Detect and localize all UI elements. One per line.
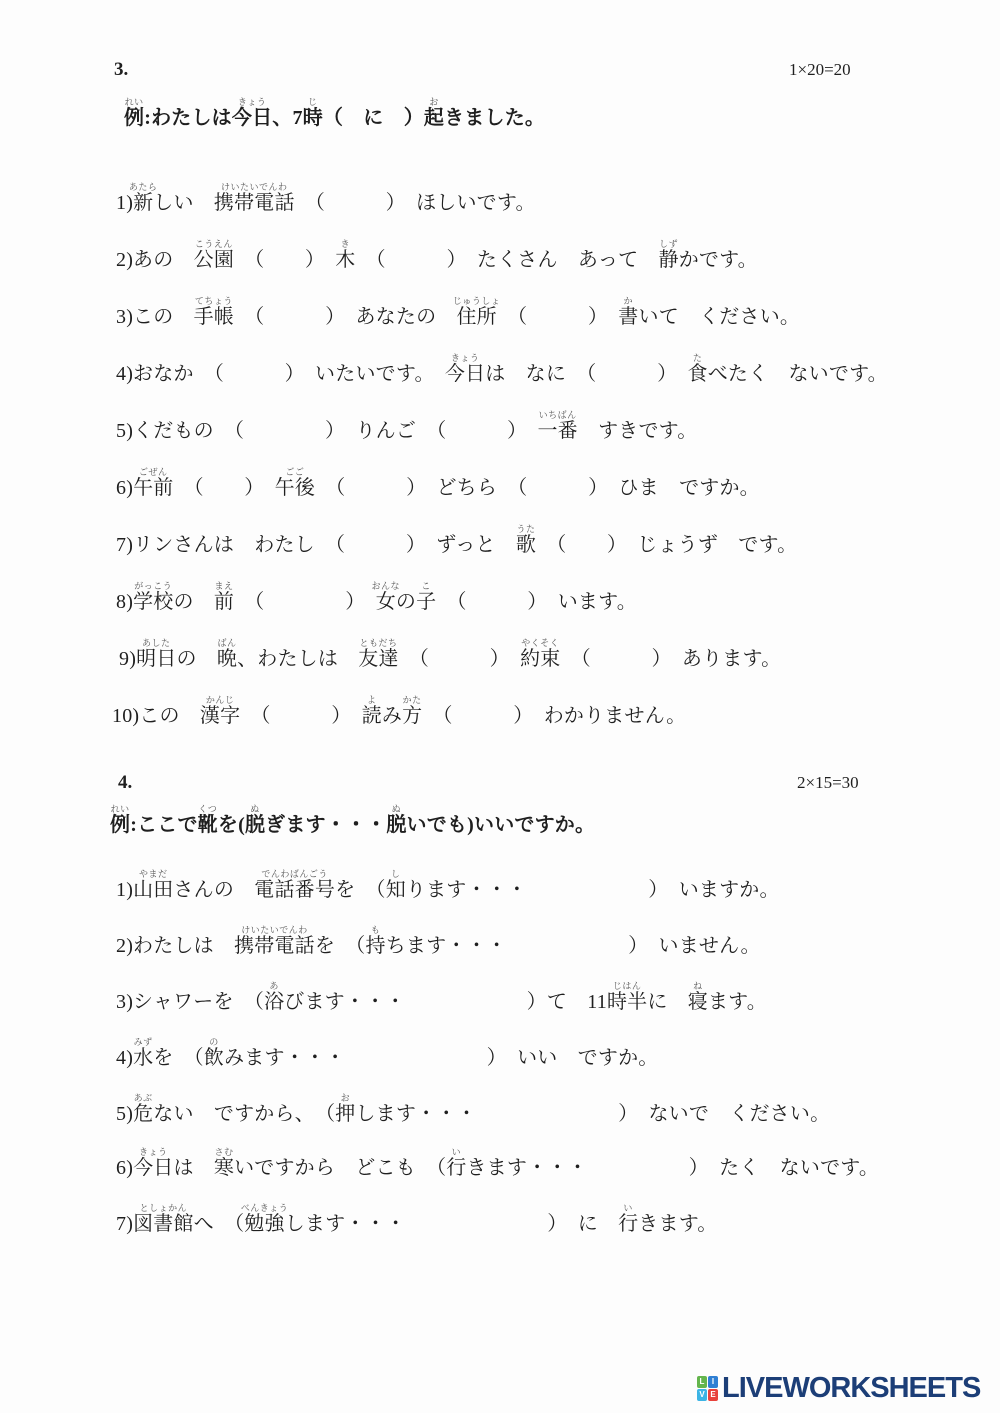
kanji-base: 持 bbox=[365, 935, 385, 957]
text-segment: 10)この bbox=[112, 705, 200, 727]
text-segment: :ここで bbox=[130, 814, 197, 836]
text-segment: 1) bbox=[116, 192, 133, 214]
ruby-word: 例れい bbox=[110, 815, 130, 835]
furigana: ぬ bbox=[250, 805, 260, 814]
text-segment: みます・・・ bbox=[224, 1047, 345, 1069]
kanji-base: 今日 bbox=[445, 363, 485, 385]
kanji-base: 寝 bbox=[688, 991, 708, 1013]
logo-square-v: V bbox=[697, 1389, 707, 1401]
text-segment: いですから どこも （ bbox=[234, 1157, 446, 1179]
kanji-base: 晩 bbox=[217, 648, 237, 670]
furigana: としょかん bbox=[140, 1204, 188, 1213]
kanji-base: 新 bbox=[133, 192, 153, 214]
liveworksheets-logo[interactable]: LIVE LIVEWORKSHEETS bbox=[697, 1374, 980, 1403]
text-segment: を （ bbox=[315, 935, 366, 957]
furigana: こうえん bbox=[195, 240, 233, 249]
text-segment: 4)おなか （ ） いたいです。 bbox=[116, 363, 445, 385]
text-segment: は bbox=[173, 1157, 213, 1179]
furigana: やまだ bbox=[139, 870, 168, 879]
text-segment: （ に ） bbox=[323, 107, 424, 129]
kanji-base: 公園 bbox=[194, 249, 234, 271]
furigana: か bbox=[624, 297, 634, 306]
text-segment: 2)わたしは bbox=[116, 935, 234, 957]
question-line: 4)水みずを （飲のみます・・・ ） いい ですか。 bbox=[116, 1048, 658, 1068]
furigana: い bbox=[623, 1204, 633, 1213]
ruby-word: 勉強べんきょう bbox=[244, 1214, 284, 1234]
text-segment: （ ） bbox=[497, 306, 618, 328]
furigana: い bbox=[452, 1148, 462, 1157]
text-segment: の bbox=[173, 591, 213, 613]
ruby-word: 脱ぬ bbox=[386, 815, 406, 835]
furigana: じゅうしょ bbox=[453, 297, 501, 306]
text-segment: :わたしは bbox=[144, 107, 232, 129]
kanji-base: 時 bbox=[303, 107, 323, 129]
kanji-base: 手帳 bbox=[194, 306, 234, 328]
kanji-base: 電話番号 bbox=[254, 879, 335, 901]
example-line: 例れい:ここで靴くつを(脱ぬぎます・・・脱ぬいでも)いいですか。 bbox=[110, 815, 595, 835]
furigana: けいたいでんわ bbox=[221, 183, 288, 192]
text-segment: 3)この bbox=[116, 306, 194, 328]
ruby-word: 携帯電話けいたいでんわ bbox=[214, 193, 295, 213]
furigana: じはん bbox=[613, 982, 642, 991]
worksheet-page: 3. 1×20=20 例れい:わたしは今日きょう、7時じ（ に ）起おきました。… bbox=[0, 0, 1000, 1413]
text-segment: ます。 bbox=[708, 991, 767, 1013]
text-segment: ） いません。 bbox=[507, 935, 761, 957]
question-line: 1)新あたらしい 携帯電話けいたいでんわ （ ） ほしいです。 bbox=[116, 193, 536, 213]
kanji-base: 勉強 bbox=[244, 1213, 284, 1235]
text-segment: すきです。 bbox=[578, 420, 698, 442]
text-segment: 5) bbox=[116, 1103, 133, 1125]
section-4-score: 2×15=30 bbox=[797, 773, 859, 793]
text-segment: しい bbox=[153, 192, 214, 214]
ruby-word: 書か bbox=[618, 307, 638, 327]
text-segment: 9) bbox=[119, 648, 136, 670]
kanji-base: 午後 bbox=[275, 477, 315, 499]
text-segment: の bbox=[176, 648, 216, 670]
text-segment: かです。 bbox=[679, 249, 758, 271]
text-segment: （ ） います。 bbox=[436, 591, 637, 613]
text-segment: （ ） ほしいです。 bbox=[295, 192, 536, 214]
text-segment: します・・・ bbox=[285, 1213, 406, 1235]
kanji-base: 飲 bbox=[204, 1047, 224, 1069]
furigana: がっこう bbox=[134, 582, 172, 591]
text-segment: ちます・・・ bbox=[386, 935, 507, 957]
text-segment: ） いますか。 bbox=[527, 879, 780, 901]
ruby-word: 今日きょう bbox=[445, 364, 485, 384]
furigana: うた bbox=[516, 525, 535, 534]
furigana: みず bbox=[134, 1038, 153, 1047]
furigana: あぶ bbox=[134, 1094, 153, 1103]
furigana: ね bbox=[693, 982, 703, 991]
text-segment: 4) bbox=[116, 1047, 133, 1069]
ruby-word: 山田やまだ bbox=[133, 880, 173, 900]
logo-square-e: E bbox=[708, 1389, 718, 1401]
question-line: 9)明日あしたの 晩ばん、わたしは 友達ともだち （ ） 約束やくそく （ ） … bbox=[119, 649, 781, 669]
kanji-base: 危 bbox=[133, 1103, 153, 1125]
text-segment: ） ないで ください。 bbox=[477, 1103, 831, 1125]
kanji-base: 例 bbox=[110, 814, 130, 836]
ruby-word: 方かた bbox=[402, 706, 422, 726]
ruby-word: 今日きょう bbox=[232, 108, 272, 128]
text-segment: べたく ないです。 bbox=[708, 363, 888, 385]
ruby-word: 新あたら bbox=[133, 193, 153, 213]
furigana: しず bbox=[659, 240, 678, 249]
text-segment: （ ） bbox=[234, 249, 335, 271]
text-segment: ） に bbox=[406, 1213, 618, 1235]
ruby-word: 寝ね bbox=[688, 992, 708, 1012]
kanji-base: 図書館 bbox=[133, 1213, 194, 1235]
text-segment: は なに （ ） bbox=[485, 363, 687, 385]
ruby-word: 行い bbox=[618, 1214, 638, 1234]
ruby-word: 歌うた bbox=[516, 535, 536, 555]
furigana: ぬ bbox=[392, 805, 402, 814]
question-line: 2)わたしは 携帯電話けいたいでんわを （持もちます・・・ ） いません。 bbox=[116, 936, 761, 956]
ruby-word: 公園こうえん bbox=[194, 250, 234, 270]
ruby-word: 飲の bbox=[204, 1048, 224, 1068]
ruby-word: 午後ごご bbox=[275, 478, 315, 498]
furigana: てちょう bbox=[195, 297, 233, 306]
text-segment: を （ bbox=[153, 1047, 204, 1069]
ruby-word: 明日あした bbox=[136, 649, 176, 669]
furigana: きょう bbox=[139, 1148, 168, 1157]
furigana: ともだち bbox=[359, 639, 397, 648]
furigana: あした bbox=[142, 639, 171, 648]
furigana: も bbox=[371, 926, 381, 935]
kanji-base: 寒 bbox=[214, 1157, 234, 1179]
ruby-word: 水みず bbox=[133, 1048, 153, 1068]
furigana: きょう bbox=[238, 98, 267, 107]
furigana: き bbox=[341, 240, 351, 249]
furigana: じ bbox=[308, 98, 318, 107]
kanji-base: 明日 bbox=[136, 648, 176, 670]
ruby-word: 静しず bbox=[658, 250, 678, 270]
text-segment: 2)あの bbox=[116, 249, 194, 271]
ruby-word: 図書館としょかん bbox=[133, 1214, 194, 1234]
furigana: し bbox=[391, 870, 401, 879]
kanji-base: 食 bbox=[687, 363, 707, 385]
text-segment: （ ） じょうず です。 bbox=[536, 534, 797, 556]
ruby-word: 一番いちばん bbox=[537, 421, 577, 441]
question-line: 5)くだもの （ ） りんご （ ） 一番いちばん すきです。 bbox=[116, 421, 697, 441]
kanji-base: 行 bbox=[618, 1213, 638, 1235]
furigana: の bbox=[209, 1038, 219, 1047]
kanji-base: 読 bbox=[362, 705, 382, 727]
kanji-base: 子 bbox=[416, 591, 436, 613]
kanji-base: 例 bbox=[124, 107, 144, 129]
ruby-word: 女おんな bbox=[376, 592, 396, 612]
text-segment: 7)リンさんは わたし （ ） ずっと bbox=[116, 534, 516, 556]
kanji-base: 学校 bbox=[133, 591, 173, 613]
ruby-word: 危あぶ bbox=[133, 1104, 153, 1124]
text-segment: 、わたしは bbox=[237, 648, 358, 670]
furigana: いちばん bbox=[539, 411, 577, 420]
ruby-word: 浴あ bbox=[264, 992, 284, 1012]
ruby-word: 例れい bbox=[124, 108, 144, 128]
kanji-base: 友達 bbox=[358, 648, 398, 670]
kanji-base: 知 bbox=[386, 879, 406, 901]
ruby-word: 寒さむ bbox=[214, 1158, 234, 1178]
ruby-word: 行い bbox=[446, 1158, 466, 1178]
ruby-word: 前まえ bbox=[214, 592, 234, 612]
furigana: かんじ bbox=[206, 696, 235, 705]
ruby-word: 読よ bbox=[362, 706, 382, 726]
kanji-base: 携帯電話 bbox=[214, 192, 295, 214]
question-line: 1)山田やまださんの 電話番号でんわばんごうを （知しります・・・ ） いますか… bbox=[116, 880, 780, 900]
section-3-score: 1×20=20 bbox=[789, 60, 851, 80]
text-segment: きました。 bbox=[444, 107, 545, 129]
text-segment: ぎます・・・ bbox=[265, 814, 386, 836]
question-line: 3)この 手帳てちょう （ ） あなたの 住所じゅうしょ （ ） 書かいて くだ… bbox=[116, 307, 800, 327]
text-segment: いでも)いいですか。 bbox=[407, 814, 596, 836]
furigana: ばん bbox=[217, 639, 236, 648]
furigana: くつ bbox=[198, 805, 217, 814]
text-segment: （ ） bbox=[173, 477, 274, 499]
text-segment: み bbox=[382, 705, 402, 727]
text-segment: ） いい ですか。 bbox=[345, 1047, 658, 1069]
text-segment: いて ください。 bbox=[639, 306, 801, 328]
kanji-base: 漢字 bbox=[200, 705, 240, 727]
furigana: お bbox=[341, 1094, 351, 1103]
text-segment: 6) bbox=[116, 1157, 133, 1179]
question-line: 10)この 漢字かんじ （ ） 読よみ方かた （ ） わかりません。 bbox=[112, 706, 686, 726]
kanji-base: 午前 bbox=[133, 477, 173, 499]
ruby-word: 午前ごぜん bbox=[133, 478, 173, 498]
kanji-base: 浴 bbox=[264, 991, 284, 1013]
text-segment: （ ） あります。 bbox=[561, 648, 782, 670]
text-segment: （ ） bbox=[234, 591, 376, 613]
ruby-word: 持も bbox=[365, 936, 385, 956]
text-segment: ）て 11 bbox=[405, 991, 606, 1013]
kanji-base: 今日 bbox=[133, 1157, 173, 1179]
kanji-base: 行 bbox=[446, 1157, 466, 1179]
text-segment: きます・・・ bbox=[466, 1157, 587, 1179]
liveworksheets-logo-icon: LIVE bbox=[697, 1376, 718, 1401]
furigana: でんわばんごう bbox=[261, 870, 328, 879]
question-line: 8)学校がっこうの 前まえ （ ） 女おんなの子こ （ ） います。 bbox=[116, 592, 637, 612]
ruby-word: 押お bbox=[335, 1104, 355, 1124]
logo-square-i: I bbox=[708, 1376, 718, 1388]
furigana: こ bbox=[421, 582, 431, 591]
ruby-word: 知し bbox=[386, 880, 406, 900]
kanji-base: 時半 bbox=[607, 991, 647, 1013]
kanji-base: 住所 bbox=[456, 306, 496, 328]
ruby-word: 時じ bbox=[303, 108, 323, 128]
question-line: 7)図書館としょかんへ （勉強べんきょうします・・・ ） に 行いきます。 bbox=[116, 1214, 718, 1234]
kanji-base: 靴 bbox=[198, 814, 218, 836]
ruby-word: 木き bbox=[335, 250, 355, 270]
kanji-base: 静 bbox=[658, 249, 678, 271]
kanji-base: 一番 bbox=[537, 420, 577, 442]
ruby-word: 友達ともだち bbox=[358, 649, 398, 669]
text-segment: 8) bbox=[116, 591, 133, 613]
question-line: 3)シャワーを （浴あびます・・・ ）て 11時半じはんに 寝ねます。 bbox=[116, 992, 767, 1012]
question-line: 4)おなか （ ） いたいです。 今日きょうは なに （ ） 食たべたく ないで… bbox=[116, 364, 888, 384]
ruby-word: 今日きょう bbox=[133, 1158, 173, 1178]
furigana: ごご bbox=[285, 468, 304, 477]
ruby-word: 約束やくそく bbox=[520, 649, 560, 669]
furigana: あ bbox=[269, 982, 279, 991]
kanji-base: 歌 bbox=[516, 534, 536, 556]
section-3-number: 3. bbox=[114, 60, 128, 80]
furigana: かた bbox=[403, 696, 422, 705]
logo-text: LIVEWORKSHEETS bbox=[722, 1374, 980, 1403]
text-segment: （ ） わかりません。 bbox=[422, 705, 686, 727]
text-segment: きます。 bbox=[638, 1213, 717, 1235]
text-segment: （ ） あなたの bbox=[234, 306, 456, 328]
text-segment: 3)シャワーを （ bbox=[116, 991, 264, 1013]
text-segment: ない ですから、 （ bbox=[153, 1103, 335, 1125]
text-segment: 、7 bbox=[272, 107, 302, 129]
text-segment: 1) bbox=[116, 879, 133, 901]
furigana: けいたいでんわ bbox=[241, 926, 308, 935]
text-segment: 5)くだもの （ ） りんご （ ） bbox=[116, 420, 537, 442]
furigana: ごぜん bbox=[139, 468, 168, 477]
logo-square-l: L bbox=[697, 1376, 707, 1388]
kanji-base: 約束 bbox=[520, 648, 560, 670]
furigana: まえ bbox=[214, 582, 233, 591]
furigana: あたら bbox=[129, 183, 158, 192]
kanji-base: 起 bbox=[424, 107, 444, 129]
kanji-base: 山田 bbox=[133, 879, 173, 901]
text-segment: ります・・・ bbox=[406, 879, 527, 901]
kanji-base: 今日 bbox=[232, 107, 272, 129]
kanji-base: 水 bbox=[133, 1047, 153, 1069]
ruby-word: 住所じゅうしょ bbox=[456, 307, 496, 327]
kanji-base: 脱 bbox=[386, 814, 406, 836]
furigana: おんな bbox=[372, 582, 401, 591]
furigana: よ bbox=[367, 696, 377, 705]
kanji-base: 方 bbox=[402, 705, 422, 727]
furigana: れい bbox=[111, 805, 130, 814]
ruby-word: 子こ bbox=[416, 592, 436, 612]
furigana: れい bbox=[125, 98, 144, 107]
text-segment: （ ） どちら （ ） ひま ですか。 bbox=[315, 477, 760, 499]
text-segment: を( bbox=[218, 814, 245, 836]
text-segment: します・・・ bbox=[355, 1103, 476, 1125]
question-line: 6)今日きょうは 寒さむいですから どこも （行いきます・・・ ） たく ないで… bbox=[116, 1158, 879, 1178]
kanji-base: 携帯電話 bbox=[234, 935, 315, 957]
ruby-word: 携帯電話けいたいでんわ bbox=[234, 936, 315, 956]
text-segment: へ （ bbox=[194, 1213, 245, 1235]
ruby-word: 靴くつ bbox=[198, 815, 218, 835]
text-segment: （ ） bbox=[240, 705, 361, 727]
furigana: きょう bbox=[451, 354, 480, 363]
furigana: お bbox=[429, 98, 439, 107]
section-4-number: 4. bbox=[118, 773, 132, 793]
ruby-word: 脱ぬ bbox=[245, 815, 265, 835]
ruby-word: 時半じはん bbox=[607, 992, 647, 1012]
furigana: やくそく bbox=[521, 639, 559, 648]
ruby-word: 漢字かんじ bbox=[200, 706, 240, 726]
kanji-base: 前 bbox=[214, 591, 234, 613]
text-segment: の bbox=[396, 591, 416, 613]
ruby-word: 食た bbox=[687, 364, 707, 384]
kanji-base: 書 bbox=[618, 306, 638, 328]
text-segment: びます・・・ bbox=[284, 991, 405, 1013]
text-segment: （ ） bbox=[399, 648, 520, 670]
text-segment: を （ bbox=[335, 879, 386, 901]
question-line: 2)あの 公園こうえん （ ） 木き （ ） たくさん あって 静しずかです。 bbox=[116, 250, 758, 270]
text-segment: ） たく ないです。 bbox=[588, 1157, 879, 1179]
ruby-word: 手帳てちょう bbox=[194, 307, 234, 327]
ruby-word: 電話番号でんわばんごう bbox=[254, 880, 335, 900]
furigana: た bbox=[693, 354, 703, 363]
kanji-base: 木 bbox=[335, 249, 355, 271]
text-segment: に bbox=[647, 991, 687, 1013]
question-line: 6)午前ごぜん （ ） 午後ごご （ ） どちら （ ） ひま ですか。 bbox=[116, 478, 760, 498]
text-segment: （ ） たくさん あって bbox=[355, 249, 658, 271]
text-segment: 7) bbox=[116, 1213, 133, 1235]
text-segment: 6) bbox=[116, 477, 133, 499]
question-line: 7)リンさんは わたし （ ） ずっと 歌うた （ ） じょうず です。 bbox=[116, 535, 797, 555]
furigana: さむ bbox=[214, 1148, 233, 1157]
ruby-word: 晩ばん bbox=[217, 649, 237, 669]
text-segment: さんの bbox=[173, 879, 254, 901]
question-line: 5)危あぶない ですから、 （押おします・・・ ） ないで ください。 bbox=[116, 1104, 830, 1124]
ruby-word: 起お bbox=[424, 108, 444, 128]
example-line: 例れい:わたしは今日きょう、7時じ（ に ）起おきました。 bbox=[124, 108, 545, 128]
kanji-base: 押 bbox=[335, 1103, 355, 1125]
kanji-base: 女 bbox=[376, 591, 396, 613]
ruby-word: 学校がっこう bbox=[133, 592, 173, 612]
kanji-base: 脱 bbox=[245, 814, 265, 836]
furigana: べんきょう bbox=[241, 1204, 289, 1213]
